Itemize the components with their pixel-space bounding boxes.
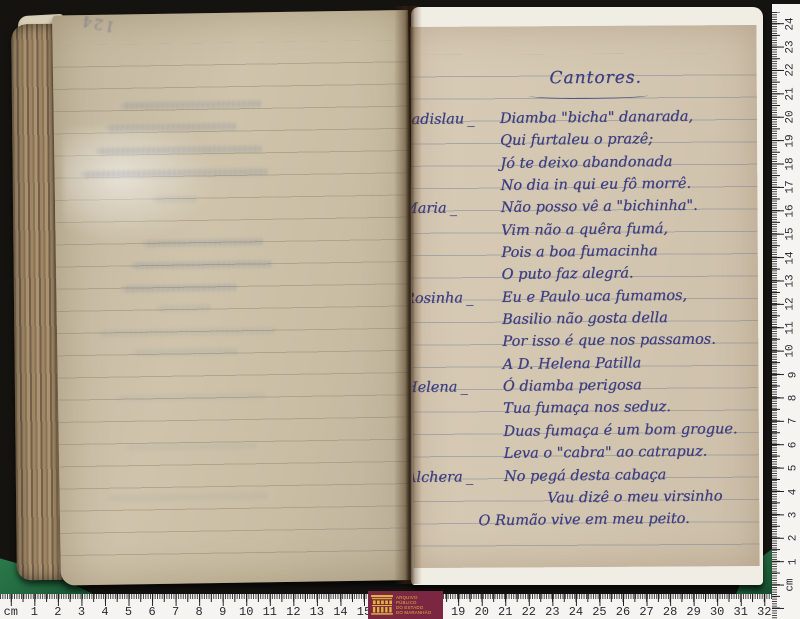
ruler-number: 19 [784,134,796,147]
ruler-number: 10 [784,345,796,358]
ruler-number-slot: 15 [772,223,800,246]
ruler-number: 11 [784,321,796,334]
ruler-number-slot: 24 [772,12,800,35]
verse-text: Pois a boa fumacinha [501,243,657,261]
manuscript-line: O Rumão vive em meu peito. [414,510,759,536]
ruler-number: cm [784,578,796,591]
building-icon [371,595,393,615]
ruler-number-slot: 4 [772,480,800,503]
ruler-number: 3 [70,605,94,619]
ruler-number: 21 [784,87,796,100]
ruler-number-slot: 22 [772,59,800,82]
ruler-number: 14 [784,251,796,264]
ruler-number: 12 [282,605,306,619]
ruler-number: 25 [588,605,612,619]
ruler-number-slot: 1 [772,550,800,573]
ruler-number: 20 [470,605,494,619]
ruler-number: 32 [753,605,774,619]
ruler-number-slot: 7 [772,410,800,433]
ruler-number-slot: 16 [772,199,800,222]
manuscript-title: Cantores. [501,67,691,88]
ruler-number: 6 [140,605,164,619]
verse-text: Duas fumaça é um bom grogue. [503,421,737,440]
ruler-number: 13 [784,274,796,287]
verse-text: Jó te deixo abandonada [500,154,672,172]
stamp-text-line: DO MARANHÃO [396,610,431,615]
verse-text: No pegá desta cabaça [504,467,666,485]
ruler-number: 2 [46,605,70,619]
ruler-number-labels: 242322212019181716151413121110987654321c… [772,12,800,597]
book-gutter-shadow [394,6,422,584]
ruler-number-slot: 18 [772,152,800,175]
ruler-number-slot: 12 [772,293,800,316]
ruler-number-slot: 23 [772,35,800,58]
verse-text: Ó diamba perigosa [503,377,642,395]
paper-scuff [62,125,229,253]
ruler-number-slot: 5 [772,456,800,479]
ruler-number: 5 [117,605,141,619]
ruler-number: 1 [788,558,800,565]
right-page-manuscript: Cantores. Ladislau_ Diamba "bicha" danar… [410,25,759,568]
verse-text: Vau dizê o meu virsinho [547,488,723,506]
verse-text: Vim não a quêra fumá, [501,221,668,239]
verse-text: Diamba "bicha" danarada, [500,109,693,127]
ruler-number: 9 [211,605,235,619]
verse-text: No dia in qui eu fô morrê. [501,176,692,194]
ruler-number-slot: 14 [772,246,800,269]
ruler-number: 16 [784,204,796,217]
ruler-number-slot: 20 [772,106,800,129]
ruler-number: 21 [493,605,517,619]
ruler-number: 8 [788,395,800,402]
ruler-number-slot: 13 [772,269,800,292]
ruler-number: 17 [784,181,796,194]
verse-text: O Rumão vive em meu peito. [478,511,689,529]
ruler-number-slot: 11 [772,316,800,339]
ruler-number-slot: 10 [772,339,800,362]
ruler-number-slot: 8 [772,386,800,409]
ruler-number: 3 [788,512,800,519]
ruled-lines-left [53,40,417,558]
ruler-number-slot: cm [772,573,800,596]
ruler-number-slot: 3 [772,503,800,526]
verse-text: Tua fumaça nos seduz. [503,400,671,418]
ruler-number: 11 [258,605,282,619]
manuscript-verse-block: Ladislau_ Diamba "bicha" danarada, Qui f… [410,108,759,536]
bleedthrough-line [153,195,198,203]
ruler-number: 1 [23,605,47,619]
ruler-number: 31 [729,605,753,619]
ruler-number: 29 [682,605,706,619]
ruler-number: 19 [446,605,470,619]
ruler-number: 8 [187,605,211,619]
ruler-number: 22 [784,64,796,77]
ruler-number: 4 [93,605,117,619]
verse-text: O puto faz alegrá. [502,266,634,283]
stamp-text: ARQUIVOPÚBLICODO ESTADODO MARANHÃO [396,595,431,616]
ruler-number: 9 [788,371,800,378]
ruler-number: 7 [788,418,800,425]
verse-text: Leva o "cabra" ao catrapuz. [504,444,708,462]
vertical-cm-ruler: 242322212019181716151413121110987654321c… [772,4,800,619]
ruler-number-slot: 6 [772,433,800,456]
ruler-number: 28 [658,605,682,619]
ruler-number: 14 [329,605,353,619]
ruler-number: 18 [784,157,796,170]
ruler-number: 4 [788,488,800,495]
verse-text: Basilio não gosta della [502,310,668,328]
ruler-number: 24 [564,605,588,619]
verse-text: Não posso vê a "bichinha". [501,198,698,216]
ruler-number: 5 [788,465,800,472]
ruler-number: cm [0,605,23,619]
ruler-number: 23 [541,605,565,619]
ruler-number-slot: 17 [772,176,800,199]
verse-text: Qui furtaleu o prazê; [500,132,653,150]
ruler-number-slot: 9 [772,363,800,386]
verse-text: Eu e Paulo uca fumamos, [502,288,687,306]
ruler-number: 12 [784,298,796,311]
ruler-number-slot: 2 [772,527,800,550]
ruler-number: 26 [611,605,635,619]
left-page: 124 [52,10,417,586]
ruler-number-slot: 19 [772,129,800,152]
ruler-number: 27 [635,605,659,619]
ruler-number-slot: 21 [772,82,800,105]
ruler-number: 30 [705,605,729,619]
ruler-number: 22 [517,605,541,619]
archive-stamp: ARQUIVOPÚBLICODO ESTADODO MARANHÃO [368,591,443,619]
ruler-number: 7 [164,605,188,619]
ruler-number: 13 [305,605,329,619]
archival-scan-scene: 124 Cantores. Ladislau_ Diamba "bicha" d… [0,0,800,619]
ghost-page-number: 124 [79,11,117,36]
ruler-number: 15 [784,228,796,241]
ruler-number: 6 [788,441,800,448]
ruler-number: 2 [788,535,800,542]
verse-text: Por isso é que nos passamos. [502,332,716,350]
ruler-number: 23 [784,40,796,53]
verse-text: A D. Helena Patilla [503,355,642,373]
ruler-number: 24 [784,17,796,30]
bleedthrough-line [157,304,212,312]
ruler-number: 10 [234,605,258,619]
ruler-number: 20 [784,111,796,124]
